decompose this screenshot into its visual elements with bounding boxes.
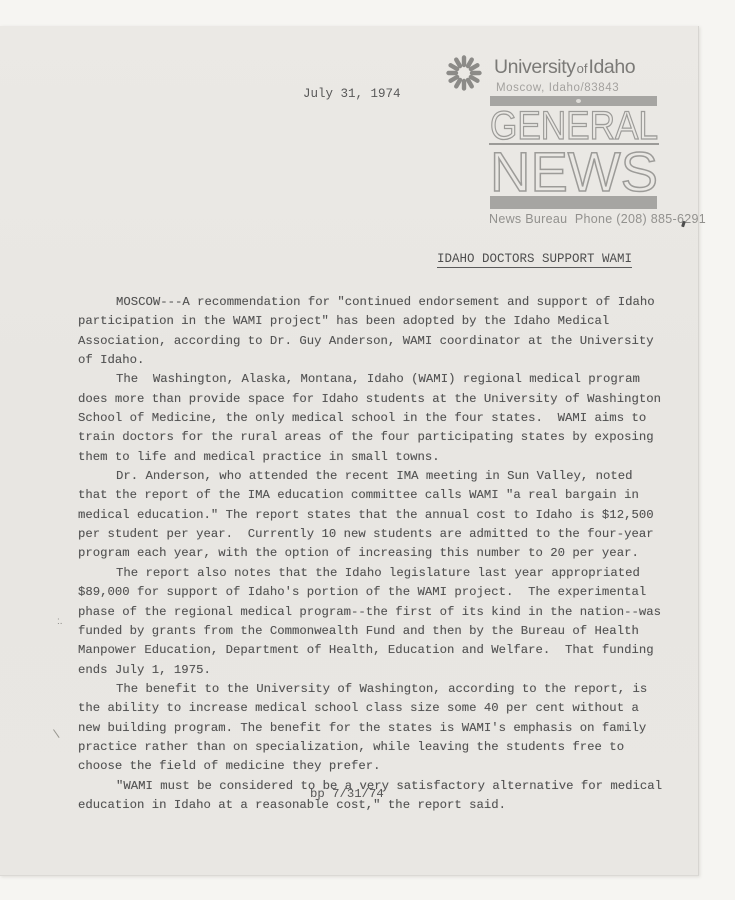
brand-address: Moscow, Idaho/83843 [496,82,619,94]
paragraph-5: The benefit to the University of Washing… [78,680,666,777]
paragraph-1: MOSCOW---A recommendation for "continued… [78,293,666,370]
pencil-mark [57,619,65,631]
masthead-bottom-bar [490,196,657,209]
masthead-general-text: GENERAL [490,104,658,144]
news-bureau-phone-line: News Bureau Phone (208) 885-6291 [489,212,706,226]
masthead-general-wordmark: GENERAL [488,103,662,144]
masthead-news-text: NEWS [490,145,658,198]
scanned-press-release: July 31, 1974 UniversityofIdaho Moscow, … [0,0,735,900]
brand-idaho-word: Idaho [588,56,635,78]
brand-university-word: University [494,56,576,78]
university-brand-name: UniversityofIdaho [494,56,635,79]
paragraph-2: The Washington, Alaska, Montana, Idaho (… [78,370,666,467]
university-of-idaho-sun-logo-icon [441,50,487,96]
paragraph-3: Dr. Anderson, who attended the recent IM… [78,467,666,564]
article-title: IDAHO DOCTORS SUPPORT WAMI [437,252,632,268]
dateline: July 31, 1974 [303,87,401,101]
signoff: bp 7/31/74 [310,787,384,801]
paragraph-4: The report also notes that the Idaho leg… [78,564,666,680]
brand-of-word: of [577,61,588,76]
article-body: MOSCOW---A recommendation for "continued… [78,293,666,815]
masthead-news-wordmark: NEWS [488,145,662,198]
